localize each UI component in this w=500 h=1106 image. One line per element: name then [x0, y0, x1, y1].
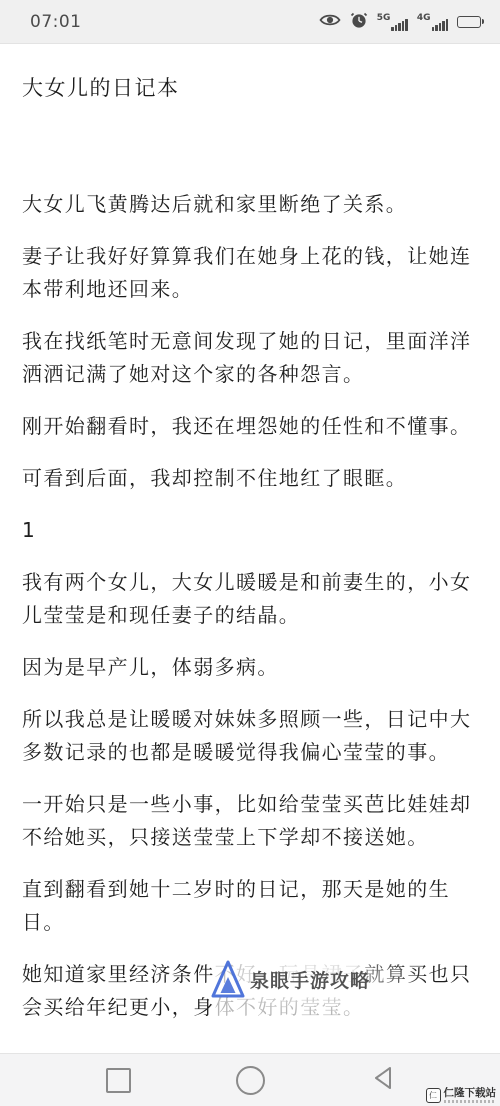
paragraph: 妻子让我好好算算我们在她身上花的钱，让她连本带利地还回来。 [22, 240, 478, 306]
paragraph: 所以我总是让暖暖对妹妹多照顾一些，日记中大多数记录的也都是暖暖觉得我偏心莹莹的事… [22, 703, 478, 769]
battery-icon [457, 16, 484, 28]
paragraph: 我在找纸笔时无意间发现了她的日记，里面洋洋洒洒记满了她对这个家的各种怨言。 [22, 325, 478, 391]
section-number: 1 [22, 514, 478, 547]
text-segment: 她知道家里经济条件 [22, 962, 215, 986]
status-bar: 07:01 5G [0, 0, 500, 44]
article-content: 大女儿的日记本 大女儿飞黄腾达后就和家里断绝了关系。 妻子让我好好算算我们在她身… [0, 74, 500, 1024]
paragraph: 大女儿飞黄腾达后就和家里断绝了关系。 [22, 188, 478, 221]
article-title: 大女儿的日记本 [22, 74, 478, 102]
recents-button[interactable] [106, 1068, 131, 1093]
sim2-network-label: 4G [417, 13, 431, 23]
eye-icon [319, 12, 341, 32]
download-site-badge[interactable]: 仁 仁隆下载站 [426, 1088, 497, 1104]
paragraph: 可看到后面，我却控制不住地红了眼眶。 [22, 462, 478, 495]
text-segment-faded: 体不好的莹莹。 [215, 995, 365, 1019]
paragraph: 直到翻看到她十二岁时的日记，那天是她的生日。 [22, 873, 478, 939]
paragraph: 刚开始翻看时，我还在埋怨她的任性和不懂事。 [22, 410, 478, 443]
site-logo-icon: 仁 [426, 1088, 441, 1103]
text-segment-faded: 不好，玩具裙子 [215, 962, 365, 986]
home-button[interactable] [236, 1066, 265, 1095]
alarm-clock-icon [350, 11, 368, 33]
paragraph: 一开始只是一些小事，比如给莹莹买芭比娃娃却不给她买，只接送莹莹上下学却不接送她。 [22, 788, 478, 854]
site-name: 仁隆下载站 [444, 1088, 497, 1099]
phone-screen: 07:01 5G [0, 0, 500, 1106]
paragraph-watermarked: 她知道家里经济条件不好，玩具裙子就算买也只会买给年纪更小，身体不好的莹莹。 [22, 958, 478, 1024]
status-icons: 5G 4G [319, 11, 484, 33]
paragraph: 我有两个女儿，大女儿暖暖是和前妻生的，小女儿莹莹是和现任妻子的结晶。 [22, 566, 478, 632]
paragraph: 因为是早产儿，体弱多病。 [22, 651, 478, 684]
sim1-network-label: 5G [377, 13, 391, 23]
site-url-line [444, 1100, 497, 1103]
signal-5g-icon: 5G [377, 12, 408, 31]
back-button[interactable] [371, 1065, 395, 1095]
signal-4g-icon: 4G [417, 12, 448, 31]
status-time: 07:01 [30, 12, 82, 32]
